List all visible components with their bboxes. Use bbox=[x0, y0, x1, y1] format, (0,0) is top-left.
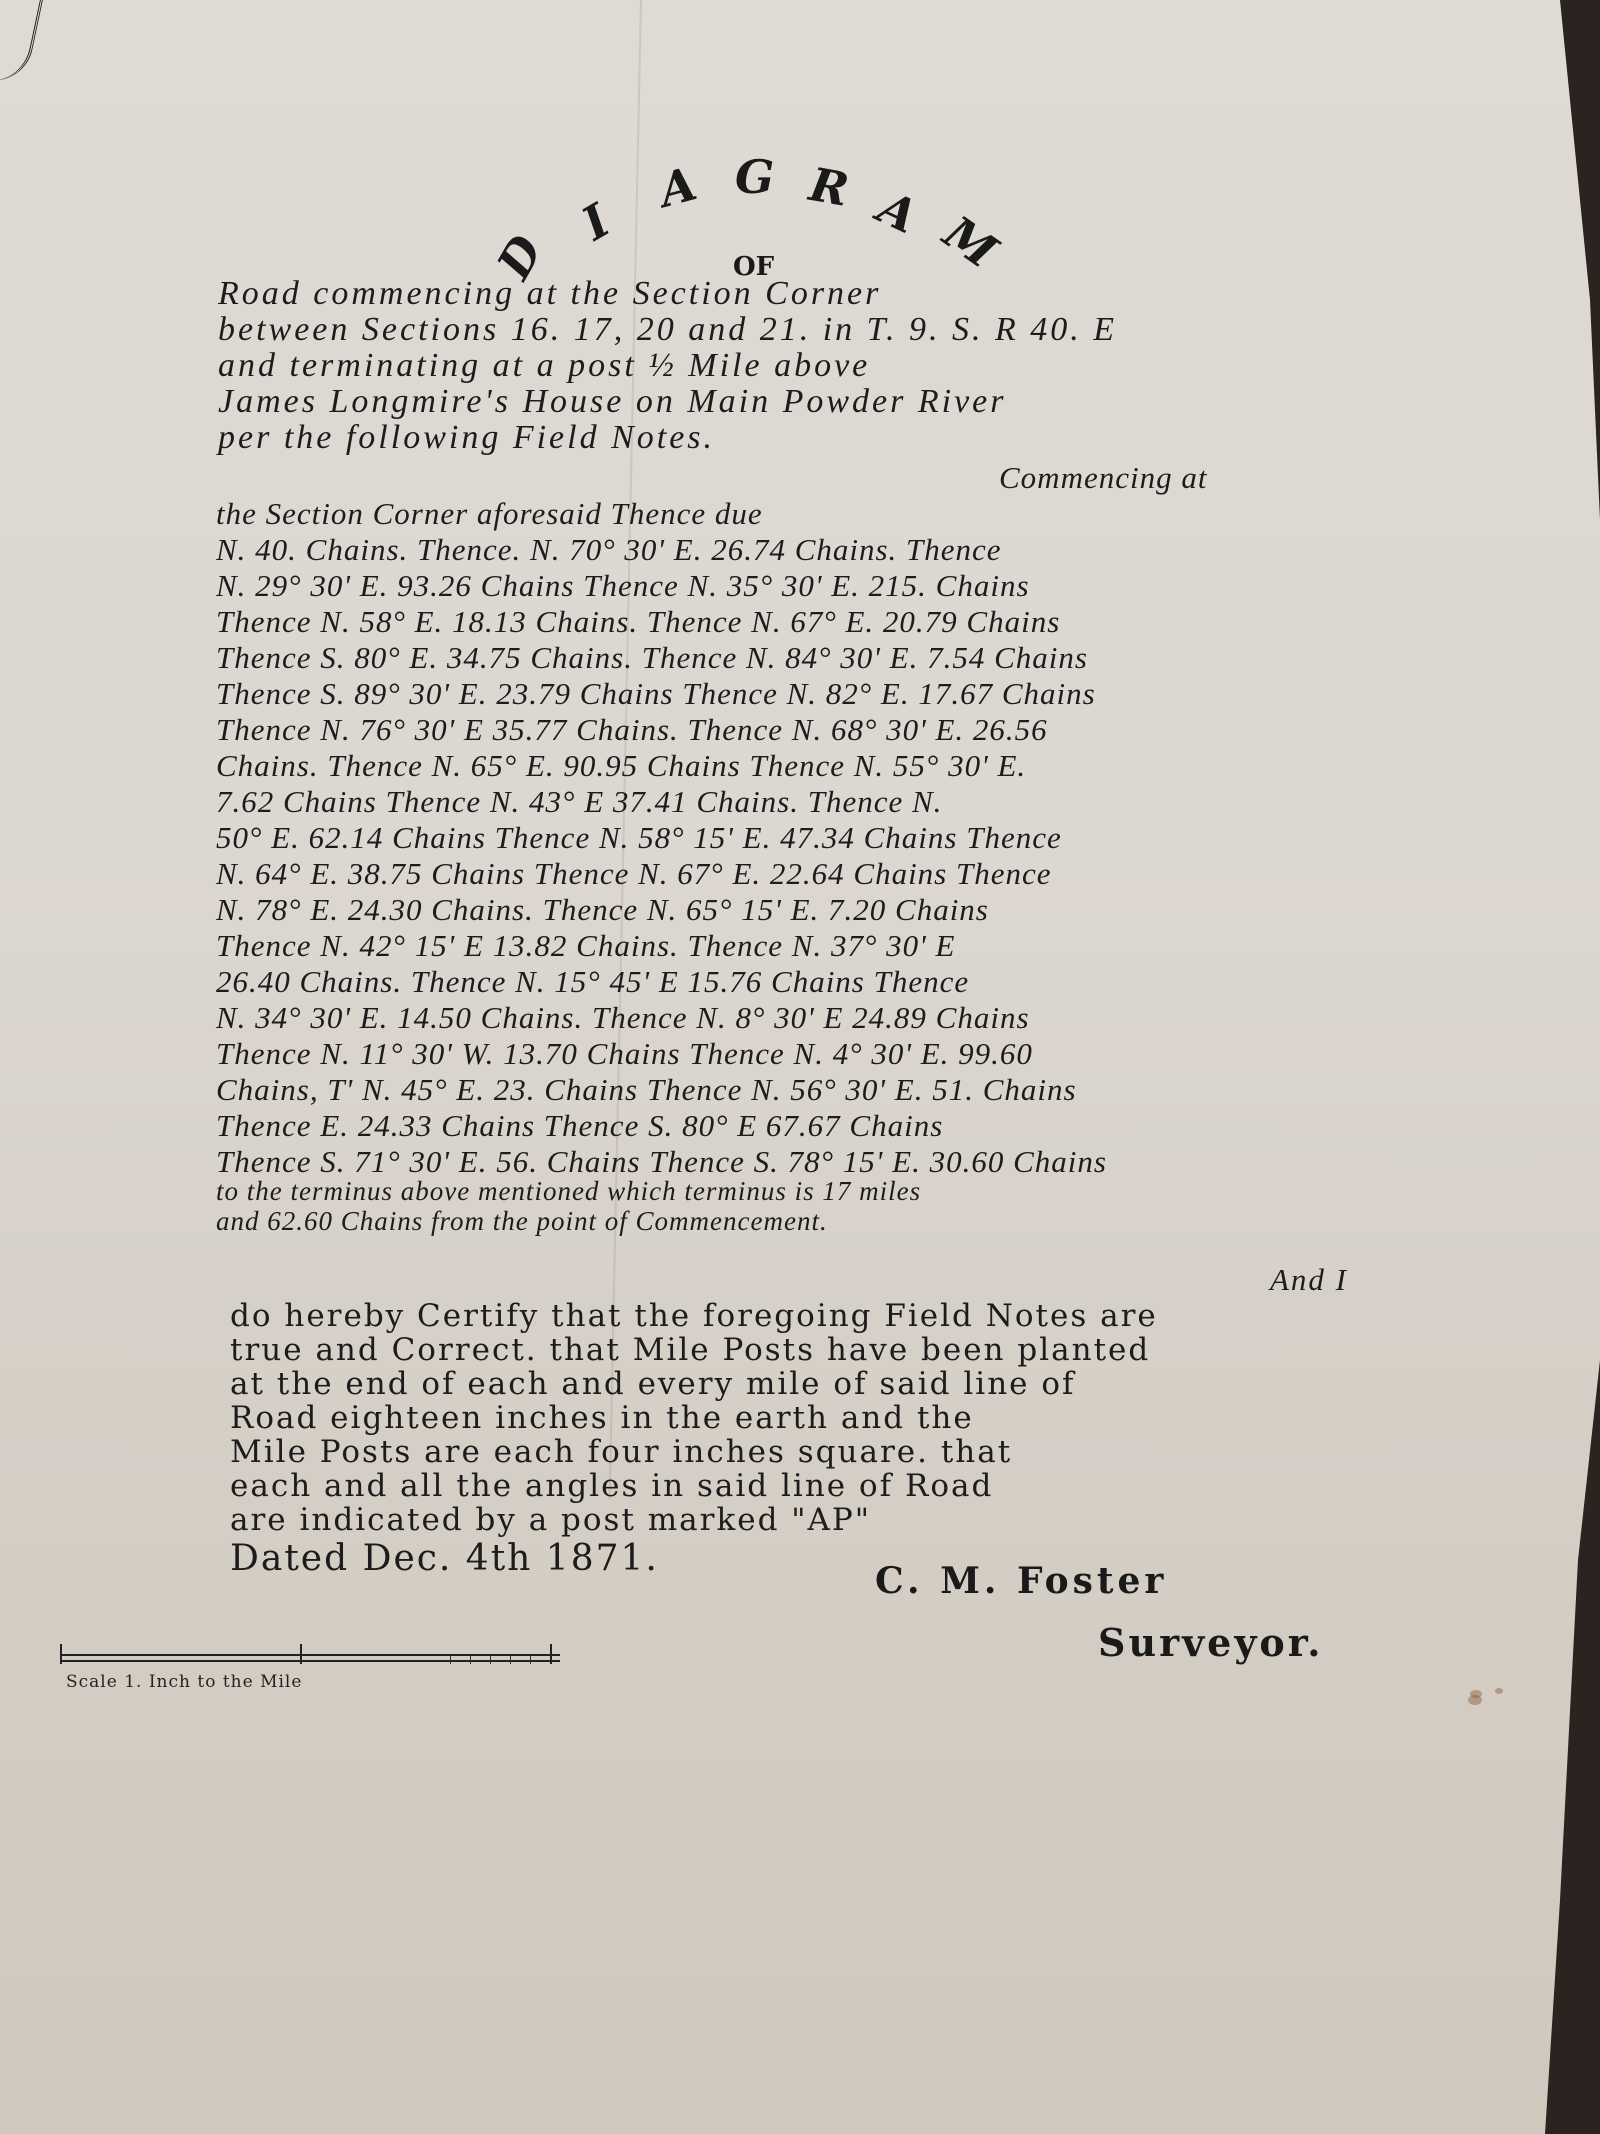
certification-line: Road eighteen inches in the earth and th… bbox=[230, 1400, 974, 1436]
title-letter: I bbox=[573, 193, 619, 251]
title-letter: R bbox=[806, 157, 853, 217]
map-road-line-fragment bbox=[0, 0, 43, 88]
certification-line: each and all the angles in said line of … bbox=[230, 1468, 993, 1504]
intro-line: Road commencing at the Section Corner bbox=[218, 275, 881, 313]
field-notes-line: Thence N. 76° 30' E 35.77 Chains. Thence… bbox=[216, 712, 1048, 748]
scale-label: Scale 1. Inch to the Mile bbox=[66, 1672, 302, 1692]
certification-line: at the end of each and every mile of sai… bbox=[230, 1366, 1076, 1402]
field-notes-line: Chains, T' N. 45° E. 23. Chains Thence N… bbox=[216, 1072, 1077, 1108]
scale-rail bbox=[60, 1654, 560, 1656]
signature-role: Surveyor. bbox=[1098, 1620, 1324, 1665]
title-letter: G bbox=[735, 150, 774, 204]
field-notes-line: N. 40. Chains. Thence. N. 70° 30' E. 26.… bbox=[216, 532, 1002, 568]
ink-stain bbox=[1468, 1695, 1482, 1705]
field-notes-line: and 62.60 Chains from the point of Comme… bbox=[216, 1206, 828, 1237]
field-notes-line: Thence S. 71° 30' E. 56. Chains Thence S… bbox=[216, 1144, 1107, 1180]
field-notes-line: N. 64° E. 38.75 Chains Thence N. 67° E. … bbox=[216, 856, 1052, 892]
field-notes-line: Thence S. 80° E. 34.75 Chains. Thence N.… bbox=[216, 640, 1088, 676]
field-notes-line: Thence N. 11° 30' W. 13.70 Chains Thence… bbox=[216, 1036, 1033, 1072]
field-notes-line: 7.62 Chains Thence N. 43° E 37.41 Chains… bbox=[216, 784, 942, 820]
scale-tick bbox=[60, 1644, 62, 1664]
certification-line: true and Correct. that Mile Posts have b… bbox=[230, 1332, 1150, 1368]
field-notes-line: N. 29° 30' E. 93.26 Chains Thence N. 35°… bbox=[216, 568, 1030, 604]
scale-minor-tick bbox=[470, 1656, 471, 1664]
field-notes-line: Thence E. 24.33 Chains Thence S. 80° E 6… bbox=[216, 1108, 943, 1144]
field-notes-line: Thence N. 58° E. 18.13 Chains. Thence N.… bbox=[216, 604, 1060, 640]
field-notes-line: the Section Corner aforesaid Thence due bbox=[216, 496, 763, 532]
certification-line: are indicated by a post marked "AP" bbox=[230, 1502, 871, 1538]
field-notes-line: to the terminus above mentioned which te… bbox=[216, 1176, 921, 1207]
field-notes-line: N. 78° E. 24.30 Chains. Thence N. 65° 15… bbox=[216, 892, 989, 928]
scale-minor-tick bbox=[530, 1656, 531, 1664]
certification-line: And I bbox=[1270, 1262, 1348, 1298]
field-notes-line: Thence S. 89° 30' E. 23.79 Chains Thence… bbox=[216, 676, 1096, 712]
field-notes-line: Thence N. 42° 15' E 13.82 Chains. Thence… bbox=[216, 928, 955, 964]
title-letter: A bbox=[654, 156, 702, 217]
scale-tick bbox=[550, 1644, 552, 1664]
scale-tick bbox=[300, 1644, 302, 1664]
scale-rail bbox=[60, 1660, 560, 1662]
scale-minor-tick bbox=[510, 1656, 511, 1664]
intro-line: per the following Field Notes. bbox=[218, 419, 715, 457]
intro-line: between Sections 16. 17, 20 and 21. in T… bbox=[218, 311, 1117, 349]
scale-minor-tick bbox=[450, 1656, 451, 1664]
scale-minor-tick bbox=[490, 1656, 491, 1664]
title-letter: M bbox=[934, 205, 1007, 278]
title-letter: A bbox=[870, 180, 925, 244]
document-paper: D I A G R A M OF Road commencing at the … bbox=[0, 0, 1600, 2134]
field-notes-line: Commencing at bbox=[999, 460, 1207, 496]
intro-line: James Longmire's House on Main Powder Ri… bbox=[218, 383, 1006, 421]
dated-line: Dated Dec. 4th 1871. bbox=[230, 1538, 659, 1579]
field-notes-line: 26.40 Chains. Thence N. 15° 45' E 15.76 … bbox=[216, 964, 969, 1000]
signature-name: C. M. Foster bbox=[875, 1560, 1167, 1602]
intro-line: and terminating at a post ½ Mile above bbox=[218, 347, 870, 385]
certification-line: do hereby Certify that the foregoing Fie… bbox=[230, 1298, 1158, 1334]
page-title: D I A G R A M bbox=[480, 150, 1080, 290]
field-notes-line: Chains. Thence N. 65° E. 90.95 Chains Th… bbox=[216, 748, 1026, 784]
ink-stain bbox=[1495, 1688, 1503, 1694]
certification-line: Mile Posts are each four inches square. … bbox=[230, 1434, 1012, 1470]
scale-bar bbox=[60, 1652, 560, 1672]
field-notes-line: 50° E. 62.14 Chains Thence N. 58° 15' E.… bbox=[216, 820, 1062, 856]
field-notes-line: N. 34° 30' E. 14.50 Chains. Thence N. 8°… bbox=[216, 1000, 1030, 1036]
